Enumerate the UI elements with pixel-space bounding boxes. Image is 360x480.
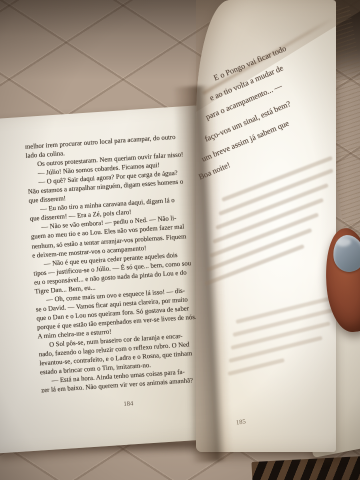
right-page-number: 185 [236, 418, 247, 426]
thumb-nail-highlight [337, 238, 352, 247]
open-book-photo: melhor irem procurar outro local para ac… [0, 0, 360, 480]
thumb-nail [331, 233, 360, 273]
